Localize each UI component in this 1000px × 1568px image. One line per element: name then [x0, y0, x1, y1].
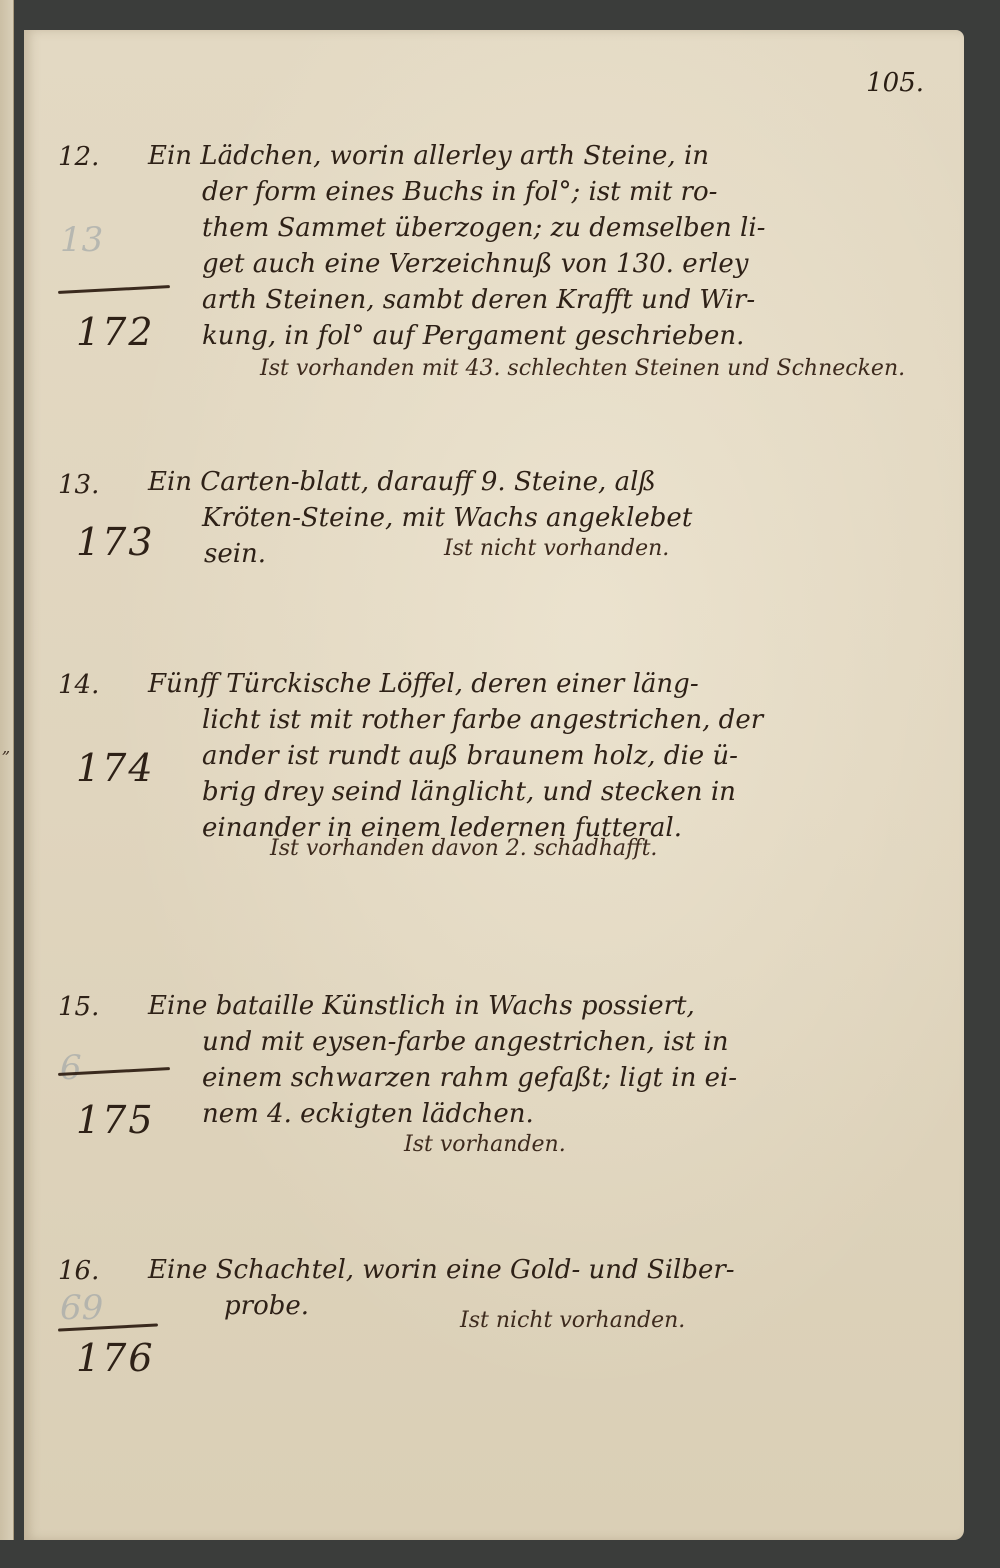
entry-line: kung, in fol° auf Pergament geschrieben.: [148, 318, 934, 354]
entry-line: der form eines Buchs in fol°; ist mit ro…: [148, 174, 934, 210]
item-number: 13.: [58, 470, 99, 500]
entry-line: Fünff Türckische Löffel, deren einer län…: [148, 666, 934, 702]
status-note: Ist nicht vorhanden.: [460, 1308, 685, 1333]
status-note: Ist vorhanden mit 43. schlechten Steinen…: [260, 356, 905, 381]
entry-line: Ein Carten-blatt, darauff 9. Steine, alß: [148, 464, 934, 500]
adjacent-page-mark: „: [2, 738, 10, 757]
folio-number: 105.: [866, 68, 924, 98]
entry-text: Fünff Türckische Löffel, deren einer län…: [148, 666, 934, 846]
entry-line: them Sammet überzogen; zu demselben li-: [148, 210, 934, 246]
old-number-pencil: 6: [60, 1048, 82, 1088]
entry-line: brig drey seind länglicht, und stecken i…: [148, 774, 934, 810]
entry-line: einem schwarzen rahm gefaßt; ligt in ei-: [148, 1060, 934, 1096]
entry-line: Eine Schachtel, worin eine Gold- und Sil…: [148, 1252, 934, 1288]
entry-text: Eine bataille Künstlich in Wachs possier…: [148, 988, 934, 1132]
entry-line: nem 4. eckigten lädchen.: [148, 1096, 934, 1132]
inventory-number: 172: [76, 310, 155, 354]
entry-text: Ein Lädchen, worin allerley arth Steine,…: [148, 138, 934, 354]
inventory-number: 175: [76, 1098, 155, 1142]
old-number-pencil: 13: [60, 220, 103, 260]
entry-line: licht ist mit rother farbe angestrichen,…: [148, 702, 934, 738]
entry-line: ander ist rundt auß braunem holz, die ü-: [148, 738, 934, 774]
item-number: 14.: [58, 670, 99, 700]
item-number: 12.: [58, 142, 99, 172]
entry-line: Eine bataille Künstlich in Wachs possier…: [148, 988, 934, 1024]
manuscript-page: 105. 12. 13 172 Ein Lädchen, worin aller…: [24, 30, 964, 1540]
old-number-pencil: 69: [60, 1288, 103, 1328]
entry-line: Kröten-Steine, mit Wachs angeklebet: [148, 500, 934, 536]
adjacent-page-edge: „: [0, 0, 14, 1540]
item-number: 16.: [58, 1256, 99, 1286]
entry-line: get auch eine Verzeichnuß von 130. erley: [148, 246, 934, 282]
status-note: Ist vorhanden davon 2. schadhafft.: [270, 836, 657, 861]
item-number: 15.: [58, 992, 99, 1022]
entry-line: und mit eysen-farbe angestrichen, ist in: [148, 1024, 934, 1060]
inventory-number: 174: [76, 746, 155, 790]
inventory-number: 176: [76, 1336, 155, 1380]
entry-line: arth Steinen, sambt deren Krafft und Wir…: [148, 282, 934, 318]
inventory-number: 173: [76, 520, 155, 564]
status-note: Ist vorhanden.: [404, 1132, 566, 1157]
entry-line: Ein Lädchen, worin allerley arth Steine,…: [148, 138, 934, 174]
status-note: Ist nicht vorhanden.: [444, 536, 669, 561]
